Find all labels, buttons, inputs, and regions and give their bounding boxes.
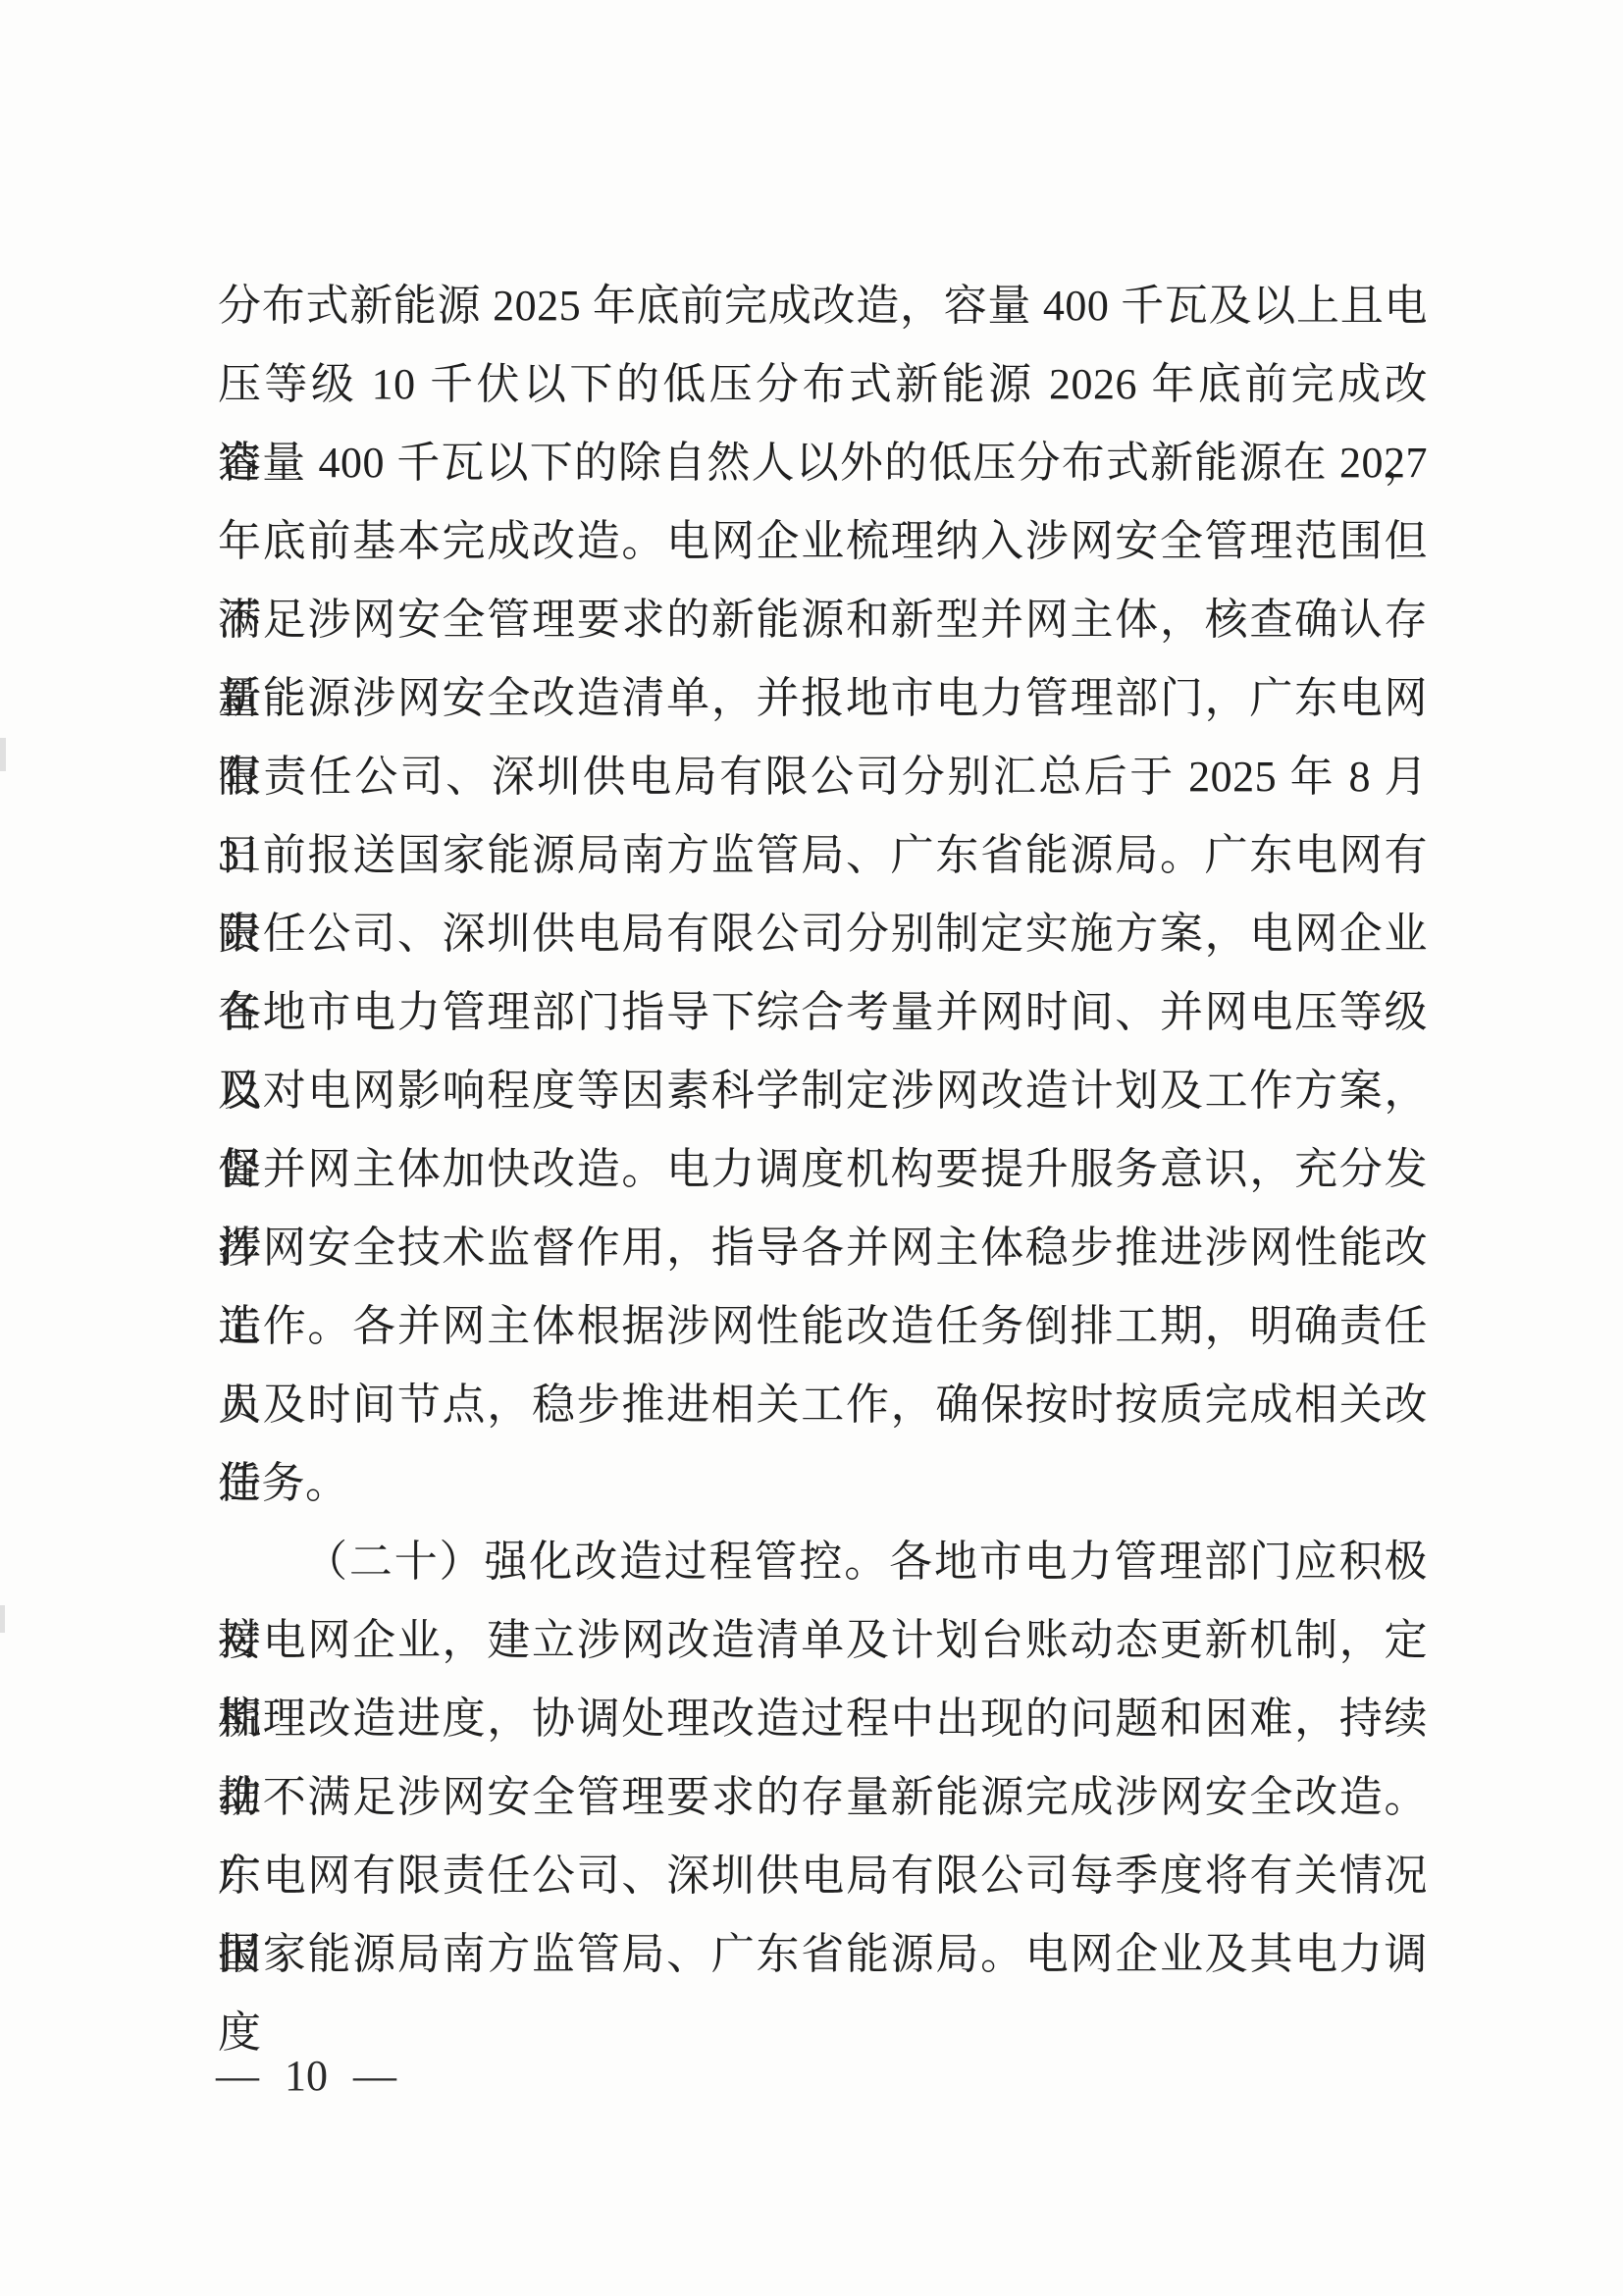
text-line: 满足涉网安全管理要求的新能源和新型并网主体，核查确认存量 bbox=[218, 581, 1428, 659]
text-line: 新能源涉网安全改造清单，并报地市电力管理部门，广东电网有 bbox=[218, 659, 1428, 738]
text-line: 接电网企业，建立涉网改造清单及计划台账动态更新机制，定期 bbox=[218, 1601, 1428, 1680]
page-number: 10 bbox=[285, 2047, 328, 2106]
scan-artifact bbox=[0, 738, 6, 771]
text-line: 日前报送国家能源局南方监管局、广东省能源局。广东电网有限 bbox=[218, 816, 1428, 895]
text-line: 动不满足涉网安全管理要求的存量新能源完成涉网安全改造。广 bbox=[218, 1758, 1428, 1837]
text-line: 责任公司、深圳供电局有限公司分别制定实施方案，电网企业在 bbox=[218, 895, 1428, 973]
text-line: 涉网安全技术监督作用，指导各并网主体稳步推进涉网性能改造 bbox=[218, 1209, 1428, 1287]
text-line: 国家能源局南方监管局、广东省能源局。电网企业及其电力调度 bbox=[218, 1915, 1428, 1994]
text-line: 限责任公司、深圳供电局有限公司分别汇总后于 2025 年 8 月 31 bbox=[218, 738, 1428, 816]
text-line-paragraph-end: 任务。 bbox=[218, 1444, 1428, 1523]
text-line: 员及时间节点，稳步推进相关工作，确保按时按质完成相关改造 bbox=[218, 1366, 1428, 1444]
text-line: 压等级 10 千伏以下的低压分布式新能源 2026 年底前完成改造， bbox=[218, 345, 1428, 424]
text-line: 梳理改造进度，协调处理改造过程中出现的问题和困难，持续推 bbox=[218, 1680, 1428, 1758]
footer-dash-left: — bbox=[216, 2047, 259, 2106]
text-line: 各地市电力管理部门指导下综合考量并网时间、并网电压等级以 bbox=[218, 973, 1428, 1052]
text-line: 容量 400 千瓦以下的除自然人以外的低压分布式新能源在 2027 bbox=[218, 424, 1428, 502]
page-footer: —10— bbox=[216, 2047, 396, 2106]
document-page: 分布式新能源 2025 年底前完成改造，容量 400 千瓦及以上且电 压等级 1… bbox=[0, 0, 1623, 2296]
document-body: 分布式新能源 2025 年底前完成改造，容量 400 千瓦及以上且电 压等级 1… bbox=[218, 267, 1428, 1994]
scan-artifact bbox=[0, 1605, 5, 1633]
text-line: 分布式新能源 2025 年底前完成改造，容量 400 千瓦及以上且电 bbox=[218, 267, 1428, 345]
text-line: 工作。各并网主体根据涉网性能改造任务倒排工期，明确责任人 bbox=[218, 1287, 1428, 1366]
text-line-section-heading: （二十）强化改造过程管控。各地市电力管理部门应积极对 bbox=[218, 1523, 1428, 1601]
text-line: 促并网主体加快改造。电力调度机构要提升服务意识，充分发挥 bbox=[218, 1130, 1428, 1209]
text-line: 年底前基本完成改造。电网企业梳理纳入涉网安全管理范围但不 bbox=[218, 502, 1428, 581]
text-line: 东电网有限责任公司、深圳供电局有限公司每季度将有关情况报 bbox=[218, 1837, 1428, 1915]
text-line: 及对电网影响程度等因素科学制定涉网改造计划及工作方案，督 bbox=[218, 1052, 1428, 1130]
footer-dash-right: — bbox=[353, 2047, 396, 2106]
